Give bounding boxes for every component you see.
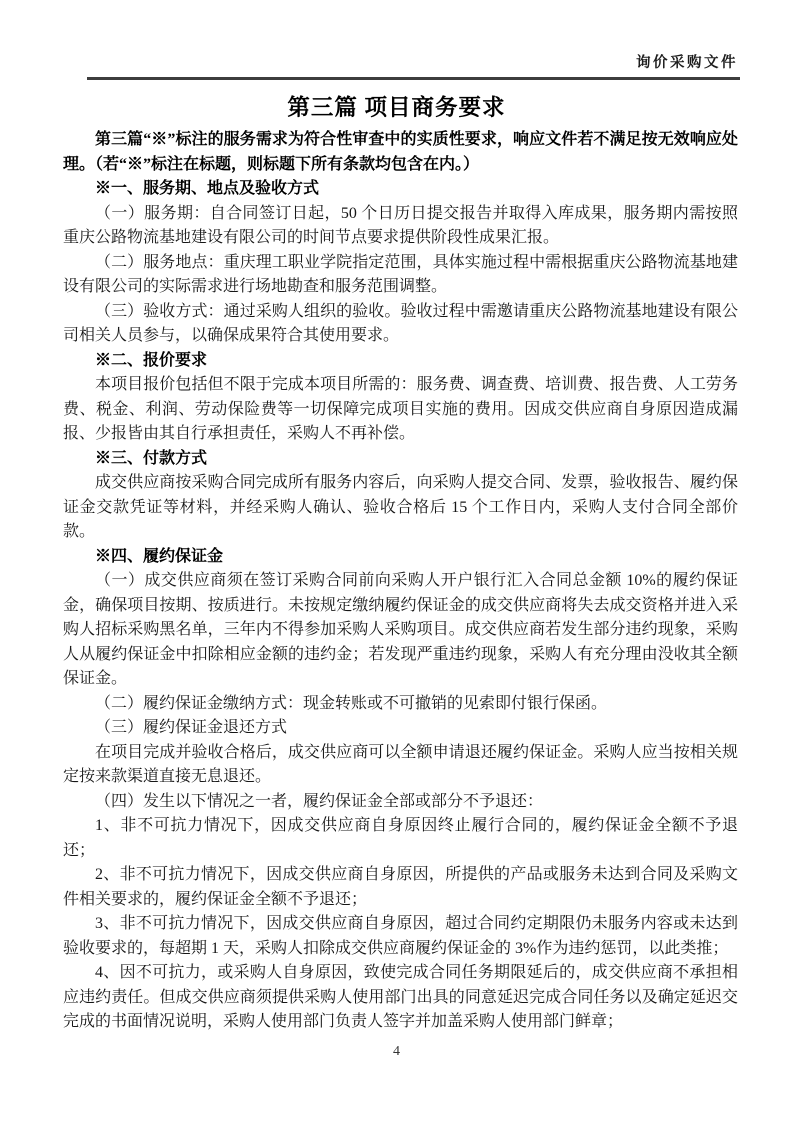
- section-heading: ※一、服务期、地点及验收方式: [63, 177, 738, 202]
- paragraph: 第三篇“※”标注的服务需求为符合性审查中的实质性要求，响应文件若不满足按无效响应…: [63, 128, 738, 177]
- paragraph: 4、因不可抗力，或采购人自身原因，致使完成合同任务期限延后的，成交供应商不承担相…: [63, 961, 738, 1035]
- page-header: 询价采购文件: [87, 51, 738, 72]
- page-footer: 4: [0, 1044, 793, 1060]
- section-heading: ※四、履约保证金: [63, 545, 738, 570]
- paragraph: （三）履约保证金退还方式: [63, 716, 738, 741]
- page-title: 第三篇 项目商务要求: [0, 90, 793, 122]
- paragraph: （四）发生以下情况之一者，履约保证金全部或部分不予退还：: [63, 790, 738, 815]
- paragraph: 本项目报价包括但不限于完成本项目所需的：服务费、调查费、培训费、报告费、人工劳务…: [63, 373, 738, 447]
- paragraph: （三）验收方式：通过采购人组织的验收。验收过程中需邀请重庆公路物流基地建设有限公…: [63, 300, 738, 349]
- paragraph: 2、非不可抗力情况下，因成交供应商自身原因，所提供的产品或服务未达到合同及采购文…: [63, 863, 738, 912]
- paragraph: 1、非不可抗力情况下，因成交供应商自身原因终止履行合同的，履约保证金全额不予退还…: [63, 814, 738, 863]
- document-body: 第三篇“※”标注的服务需求为符合性审查中的实质性要求，响应文件若不满足按无效响应…: [63, 128, 738, 1035]
- document-page: 询价采购文件 第三篇 项目商务要求 第三篇“※”标注的服务需求为符合性审查中的实…: [0, 0, 793, 1122]
- paragraph: （一）成交供应商须在签订采购合同前向采购人开户银行汇入合同总金额 10%的履约保…: [63, 569, 738, 692]
- section-heading: ※二、报价要求: [63, 349, 738, 374]
- paragraph: （二）履约保证金缴纳方式：现金转账或不可撤销的见索即付银行保函。: [63, 692, 738, 717]
- header-rule: [87, 77, 740, 80]
- page-number: 4: [393, 1044, 400, 1059]
- paragraph: （二）服务地点：重庆理工职业学院指定范围，具体实施过程中需根据重庆公路物流基地建…: [63, 251, 738, 300]
- paragraph: 在项目完成并验收合格后，成交供应商可以全额申请退还履约保证金。采购人应当按相关规…: [63, 741, 738, 790]
- paragraph: 成交供应商按采购合同完成所有服务内容后，向采购人提交合同、发票，验收报告、履约保…: [63, 471, 738, 545]
- paragraph: （一）服务期：自合同签订日起，50 个日历日提交报告并取得入库成果，服务期内需按…: [63, 202, 738, 251]
- paragraph: 3、非不可抗力情况下，因成交供应商自身原因，超过合同约定期限仍未服务内容或未达到…: [63, 912, 738, 961]
- header-doc-label: 询价采购文件: [636, 55, 738, 71]
- section-heading: ※三、付款方式: [63, 447, 738, 472]
